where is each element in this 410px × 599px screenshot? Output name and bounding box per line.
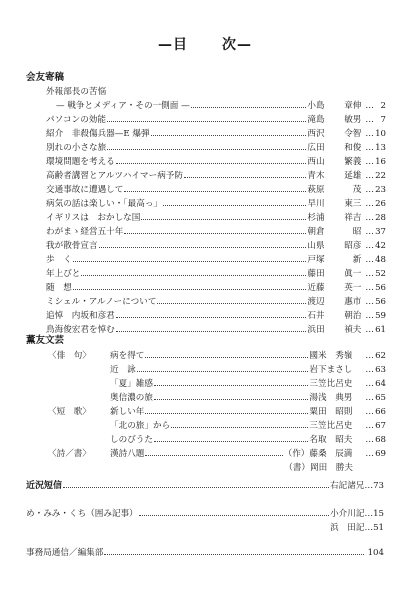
entry-page: 65 bbox=[374, 391, 386, 405]
entry-title: — 戦争とメディア・その一側面 — bbox=[46, 99, 190, 113]
entry-title: 「夏」雑感 bbox=[110, 377, 153, 391]
entry-page: 56 bbox=[374, 295, 386, 309]
leader-dots bbox=[191, 107, 307, 108]
entry-title: 年上びと bbox=[46, 267, 80, 281]
entry-title: 環境問題を考える bbox=[46, 155, 115, 169]
entry-title: 漢詩八題 bbox=[110, 447, 144, 461]
entry-author: 西山繁義 bbox=[307, 155, 365, 169]
entry-page: 23 bbox=[374, 183, 386, 197]
entry-author: 藤桑 辰満 bbox=[309, 447, 365, 461]
entry-title: 新しい年 bbox=[110, 405, 144, 419]
section-heading-bungei: 薫友文芸 bbox=[26, 332, 64, 346]
leader-short: … bbox=[365, 169, 374, 183]
leader-dots bbox=[145, 455, 282, 456]
entry-author: 杉浦祥吉 bbox=[307, 211, 365, 225]
entry-author: 湯浅 典男 bbox=[309, 391, 365, 405]
entry-page: 67 bbox=[374, 419, 386, 433]
leader-short: … bbox=[365, 419, 374, 433]
toc-entry[interactable]: 追悼 内坂和彦君石井朝治…59 bbox=[46, 309, 386, 323]
entry-title: パソコンの効能 bbox=[46, 113, 106, 127]
entry-title: 高齢者講習とアルツハイマー病予防 bbox=[46, 169, 183, 183]
entry-author: 岩下まさし bbox=[309, 363, 365, 377]
entry-role: （書） bbox=[284, 461, 310, 475]
leader-short: … bbox=[365, 267, 374, 281]
toc-entry[interactable]: 奥信濃の旅湯浅 典男…65 bbox=[110, 391, 386, 405]
entry-author: 朝倉昭 bbox=[307, 225, 365, 239]
entry-page: 69 bbox=[374, 447, 386, 461]
entry-author: 渡辺惠市 bbox=[307, 295, 365, 309]
category-label: 〈俳 句〉 bbox=[48, 349, 91, 363]
leader-short: … bbox=[365, 141, 374, 155]
page-title: —目次— bbox=[0, 34, 410, 54]
entry-page: 22 bbox=[374, 169, 386, 183]
entry-author: 広田和俊 bbox=[307, 141, 365, 155]
toc-entry[interactable]: パソコンの効能滝島敏男…7 bbox=[46, 113, 386, 127]
leader-short: … bbox=[365, 225, 374, 239]
entry-author: 藤田眞一 bbox=[307, 267, 365, 281]
leader-dots bbox=[124, 191, 306, 192]
leader-dots bbox=[116, 331, 307, 332]
entry-title: 我が散骨宣言 bbox=[46, 239, 98, 253]
entry-page: 52 bbox=[374, 267, 386, 281]
leader-short: … bbox=[364, 507, 373, 521]
toc-entry[interactable]: 「夏」雑感三笠比呂史…64 bbox=[110, 377, 386, 391]
entry-author: 三笠比呂史 bbox=[309, 419, 365, 433]
entry-author: 西沢令智 bbox=[307, 127, 365, 141]
entry-role: （作） bbox=[284, 447, 310, 461]
leader-dots bbox=[184, 177, 306, 178]
leader-short: … bbox=[365, 295, 374, 309]
leader-short: … bbox=[365, 363, 374, 377]
leader-short: … bbox=[364, 479, 373, 493]
entry-author: 滝島敏男 bbox=[307, 113, 365, 127]
entry-title: め・みみ・くち（囲み記事） bbox=[26, 507, 138, 521]
entry-author: 青木延雄 bbox=[307, 169, 365, 183]
leader-short: … bbox=[365, 183, 374, 197]
entry-title: 病気の話は楽しい・「最高っ」 bbox=[46, 197, 162, 211]
entry-title: 近 詠 bbox=[110, 363, 136, 377]
section-heading-kaiyu: 会友寄稿 bbox=[26, 69, 64, 83]
leader-short: … bbox=[365, 211, 374, 225]
entry-page: 63 bbox=[374, 363, 386, 377]
toc-entry[interactable]: 鳥海俊宏君を悼む浜田禎夫…61 bbox=[46, 323, 386, 337]
title-right: 次— bbox=[222, 37, 252, 53]
entry-page: 62 bbox=[374, 349, 386, 363]
toc-entry[interactable]: 高齢者講習とアルツハイマー病予防青木延雄…22 bbox=[46, 169, 386, 183]
leader-dots bbox=[73, 261, 307, 262]
leader-dots bbox=[104, 554, 363, 555]
entry-author: 右記諸兄 bbox=[330, 479, 364, 493]
leader-dots bbox=[116, 317, 307, 318]
toc-entry[interactable]: 病気の話は楽しい・「最高っ」早川東三…26 bbox=[46, 197, 386, 211]
leader-short: … bbox=[365, 239, 374, 253]
leader-dots bbox=[124, 233, 306, 234]
entry-author: 浜 田記 bbox=[330, 521, 364, 535]
toc-entry[interactable]: しのびうた名取 昭夫…68 bbox=[110, 433, 386, 447]
leader-short: … bbox=[365, 447, 374, 461]
toc-entry[interactable]: イギリスは おかしな国杉浦祥吉…28 bbox=[46, 211, 386, 225]
leader-dots bbox=[137, 371, 309, 372]
entry-author: 石井朝治 bbox=[307, 309, 365, 323]
entry-title: ミシェル・アルノーについて bbox=[46, 295, 156, 309]
entry-page: 48 bbox=[374, 253, 386, 267]
leader-short: … bbox=[365, 253, 374, 267]
entry-page: 61 bbox=[374, 323, 386, 337]
leader-dots bbox=[171, 427, 308, 428]
leader-dots bbox=[99, 247, 307, 248]
toc-entry-memimikuchi[interactable]: め・みみ・くち（囲み記事） 小介川記 … 15 bbox=[26, 507, 384, 521]
entry-page: 10 bbox=[374, 127, 386, 141]
leader-dots bbox=[107, 121, 306, 122]
entry-page: 2 bbox=[374, 99, 386, 113]
entry-author: 萩原茂 bbox=[307, 183, 365, 197]
leader-short: … bbox=[365, 113, 374, 127]
entry-author: 粟田 昭則 bbox=[309, 405, 365, 419]
toc-entry[interactable]: 年上びと藤田眞一…52 bbox=[46, 267, 386, 281]
toc-entry[interactable]: 漢詩八題（作）藤桑 辰満…69 bbox=[110, 447, 386, 461]
leader-short: … bbox=[365, 155, 374, 169]
toc-entry[interactable]: 我が散骨宣言山県昭彦…42 bbox=[46, 239, 386, 253]
entry-page: 42 bbox=[374, 239, 386, 253]
toc-entry[interactable]: ミシェル・アルノーについて渡辺惠市…56 bbox=[46, 295, 386, 309]
entry-page: 15 bbox=[373, 507, 384, 521]
entry-title: 病を得て bbox=[110, 349, 144, 363]
leader-short: … bbox=[365, 377, 374, 391]
leader-dots bbox=[141, 219, 306, 220]
toc-entry[interactable]: 近 詠岩下まさし…63 bbox=[110, 363, 386, 377]
toc-entry[interactable]: — 戦争とメディア・その一側面 —小島章伸…2 bbox=[46, 99, 386, 113]
entry-title: 外報部長の苦悩 bbox=[46, 85, 106, 99]
leader-dots bbox=[63, 487, 329, 488]
leader-short: … bbox=[365, 433, 374, 447]
entry-author: 浜田禎夫 bbox=[307, 323, 365, 337]
leader-short: … bbox=[364, 521, 373, 535]
entry-title: 奥信濃の旅 bbox=[110, 391, 153, 405]
leader-short: … bbox=[365, 99, 374, 113]
entry-page: 66 bbox=[374, 405, 386, 419]
toc-entry[interactable]: （書）岡田 勝夫 bbox=[110, 461, 386, 475]
leader-dots bbox=[145, 413, 308, 414]
entry-author: 近藤英一 bbox=[307, 281, 365, 295]
leader-dots bbox=[107, 149, 306, 150]
leader-dots bbox=[116, 163, 307, 164]
entry-page: 13 bbox=[374, 141, 386, 155]
entry-title: イギリスは おかしな国 bbox=[46, 211, 140, 225]
entry-author: 山県昭彦 bbox=[307, 239, 365, 253]
leader-short: … bbox=[365, 197, 374, 211]
entry-title: 事務局通信／編集部 bbox=[26, 546, 103, 560]
entry-title: 近況短信 bbox=[26, 479, 62, 493]
entry-author: 小島章伸 bbox=[307, 99, 365, 113]
entry-page: 28 bbox=[374, 211, 386, 225]
entry-page: 59 bbox=[374, 309, 386, 323]
leader-dots bbox=[73, 289, 307, 290]
toc-entry[interactable]: 「北の旅」から三笠比呂史…67 bbox=[110, 419, 386, 433]
title-left: —目 bbox=[158, 37, 188, 53]
toc-entry-kinkyo[interactable]: 近況短信 右記諸兄 … 73 bbox=[26, 479, 384, 493]
leader-dots bbox=[139, 515, 329, 516]
category-label: 〈詩／書〉 bbox=[48, 447, 91, 461]
leader-short: … bbox=[365, 349, 374, 363]
entry-page: 16 bbox=[374, 155, 386, 169]
toc-entry[interactable]: わがまゝ経営五十年朝倉昭…37 bbox=[46, 225, 386, 239]
toc-entry[interactable]: 病を得て國米 秀嶺…62 bbox=[110, 349, 386, 363]
entry-title: わがまゝ経営五十年 bbox=[46, 225, 123, 239]
entry-author: 岡田 勝夫 bbox=[310, 461, 366, 475]
leader-dots bbox=[151, 135, 307, 136]
leader-dots bbox=[145, 357, 308, 358]
category-label: 〈短 歌〉 bbox=[48, 405, 91, 419]
entry-page: 73 bbox=[373, 479, 384, 493]
toc-entry[interactable]: 随 想近藤英一…56 bbox=[46, 281, 386, 295]
entry-title: 「北の旅」から bbox=[110, 419, 170, 433]
leader-short: … bbox=[365, 405, 374, 419]
entry-author: 三笠比呂史 bbox=[309, 377, 365, 391]
toc-entry-title-line[interactable]: 外報部長の苦悩 bbox=[46, 85, 386, 99]
entry-author: 名取 昭夫 bbox=[309, 433, 365, 447]
toc-entry-jimukyoku[interactable]: 事務局通信／編集部 104 bbox=[26, 546, 384, 560]
entry-page: 104 bbox=[368, 546, 384, 560]
entry-title: 歩 く bbox=[46, 253, 72, 267]
entry-title: しのびうた bbox=[110, 433, 153, 447]
entry-page: 7 bbox=[374, 113, 386, 127]
leader-short: … bbox=[365, 391, 374, 405]
toc-entry[interactable]: 紹介 非殺傷兵器—E 爆弾西沢令智…10 bbox=[46, 127, 386, 141]
entry-title: 別れの小さな旅 bbox=[46, 141, 106, 155]
entry-author: 小介川記 bbox=[330, 507, 364, 521]
entry-author: 戸塚新 bbox=[307, 253, 365, 267]
entry-title: 随 想 bbox=[46, 281, 72, 295]
leader-short: … bbox=[365, 127, 374, 141]
leader-dots bbox=[154, 399, 308, 400]
leader-short: … bbox=[365, 309, 374, 323]
toc-entry[interactable]: 環境問題を考える西山繁義…16 bbox=[46, 155, 386, 169]
toc-entry[interactable]: 歩 く戸塚新…48 bbox=[46, 253, 386, 267]
entry-title: 紹介 非殺傷兵器—E 爆弾 bbox=[46, 127, 150, 141]
leader-short: … bbox=[365, 281, 374, 295]
entry-page: 26 bbox=[374, 197, 386, 211]
toc-entry[interactable]: 交通事故に遭遇して萩原茂…23 bbox=[46, 183, 386, 197]
entry-page: 64 bbox=[374, 377, 386, 391]
leader-dots bbox=[154, 441, 308, 442]
toc-entry-memimikuchi-2[interactable]: 浜 田記 … 51 bbox=[26, 521, 384, 535]
entry-author: 國米 秀嶺 bbox=[309, 349, 365, 363]
leader-dots bbox=[81, 275, 306, 276]
entry-title: 交通事故に遭遇して bbox=[46, 183, 123, 197]
entry-page: 37 bbox=[374, 225, 386, 239]
entry-author: 早川東三 bbox=[307, 197, 365, 211]
entry-page: 56 bbox=[374, 281, 386, 295]
leader-dots bbox=[157, 303, 306, 304]
leader-dots bbox=[154, 385, 308, 386]
entry-page: 51 bbox=[373, 521, 384, 535]
leader-dots bbox=[163, 205, 306, 206]
toc-entry[interactable]: 新しい年粟田 昭則…66 bbox=[110, 405, 386, 419]
toc-entry[interactable]: 別れの小さな旅広田和俊…13 bbox=[46, 141, 386, 155]
entry-page: 68 bbox=[374, 433, 386, 447]
leader-short: … bbox=[365, 323, 374, 337]
entry-title: 追悼 内坂和彦君 bbox=[46, 309, 115, 323]
